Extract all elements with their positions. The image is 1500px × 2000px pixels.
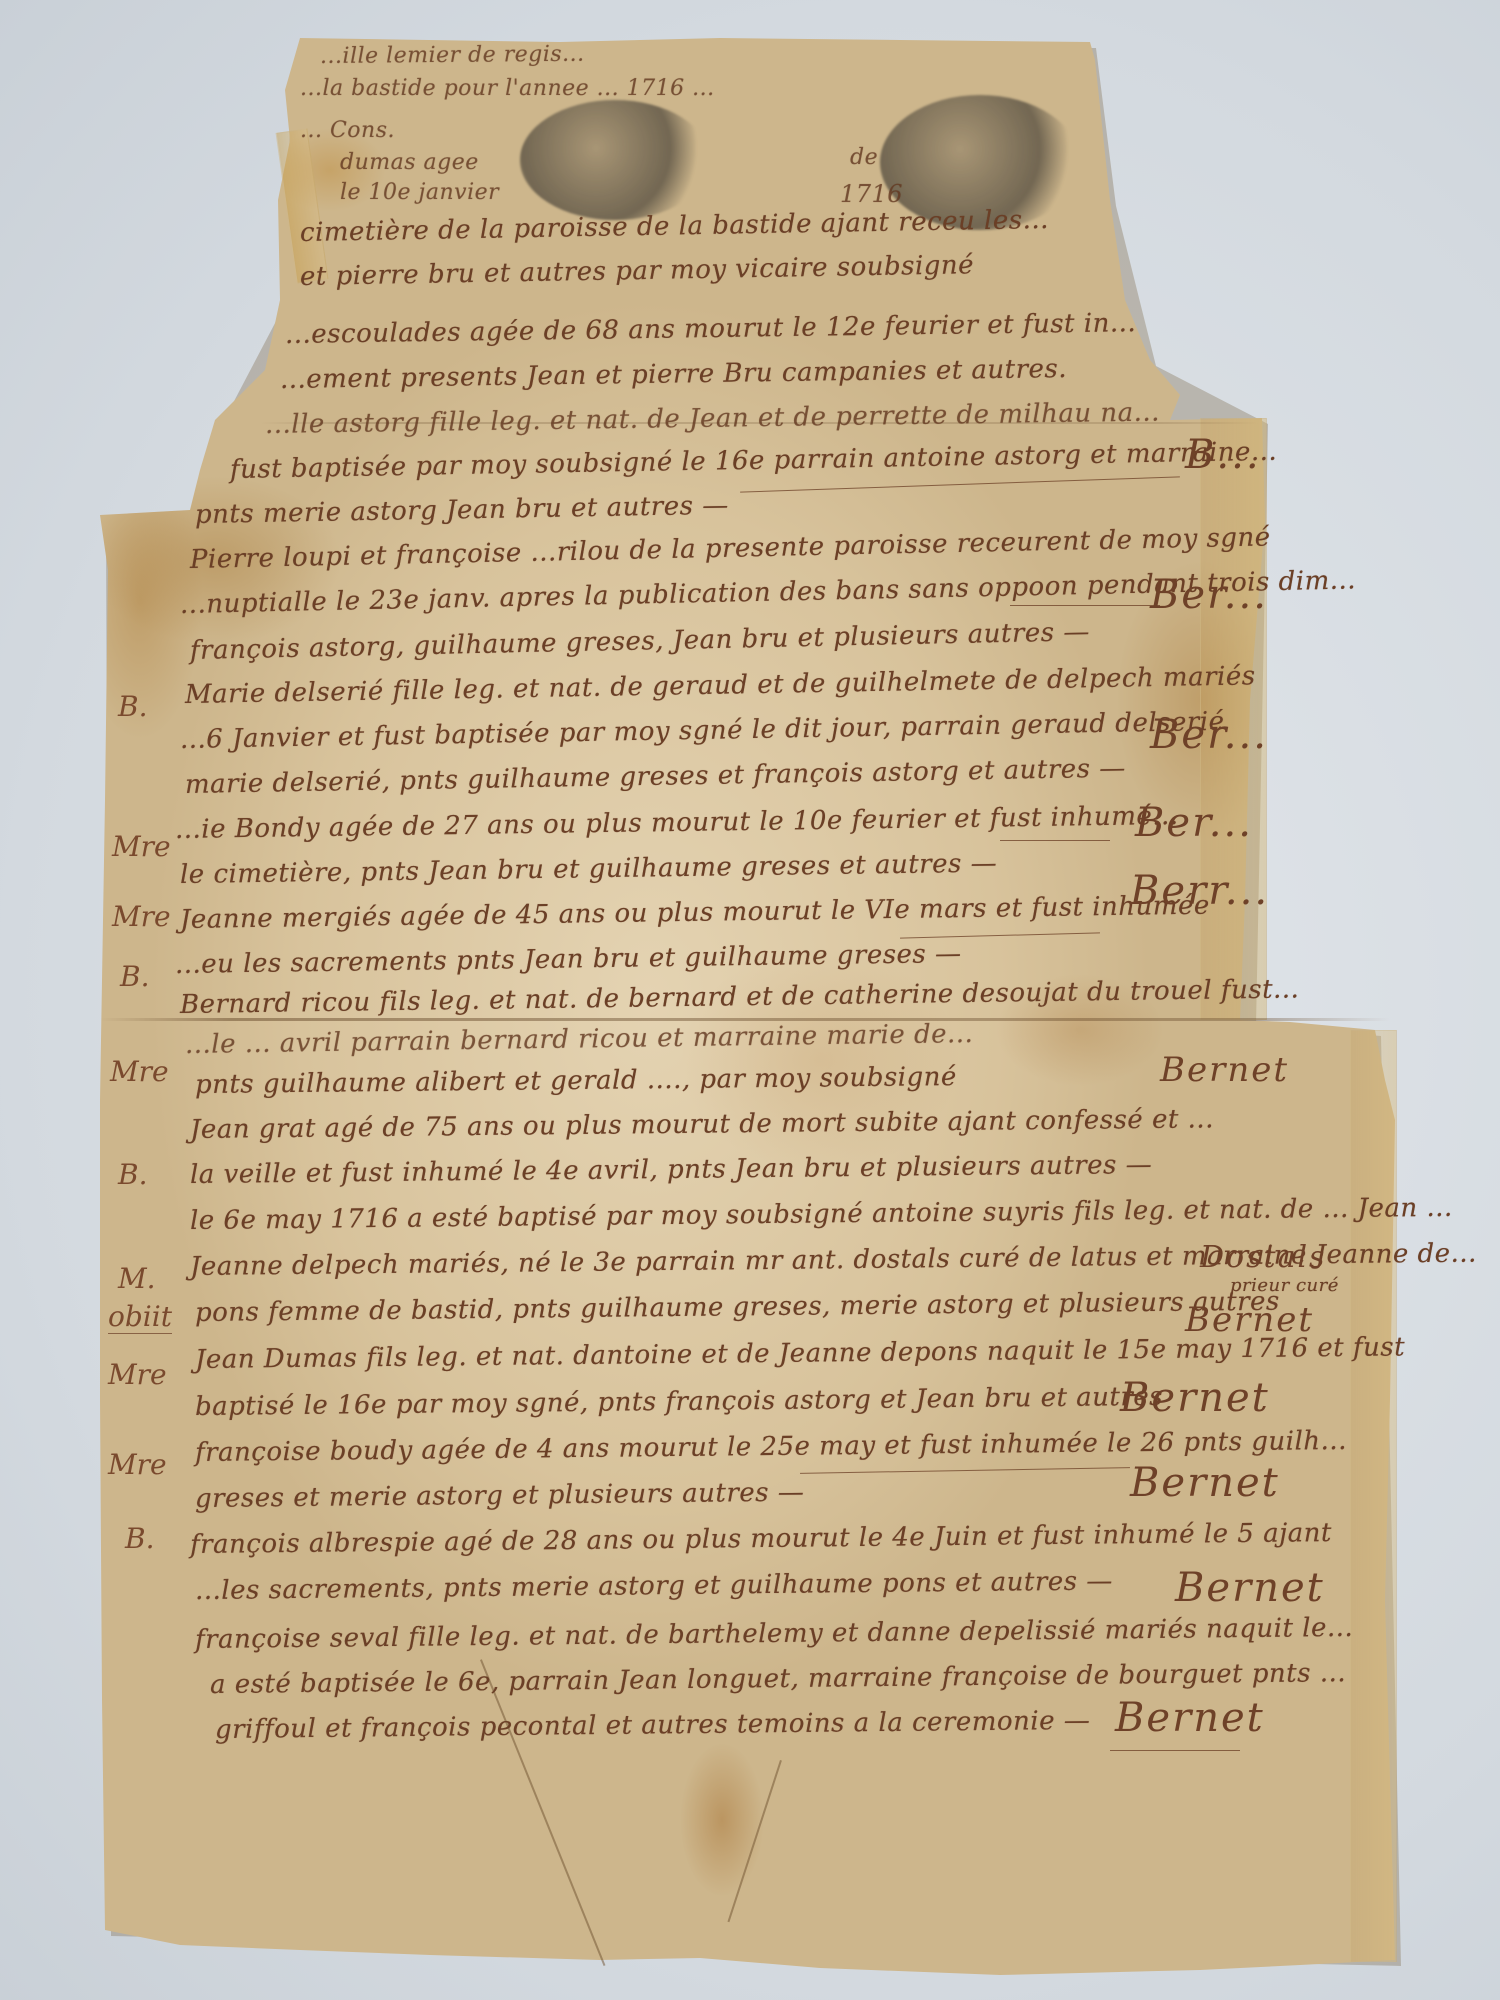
margin-note-baptism: B. xyxy=(125,1522,154,1555)
margin-note-marriage: Mre xyxy=(110,1055,169,1088)
signature-cure: Dostals xyxy=(1200,1240,1326,1275)
entry-line: marie delserié, pnts guilhaume greses et… xyxy=(185,754,1126,800)
entry-line: Pierre loupi et françoise ...rilou de la… xyxy=(190,522,1271,575)
signature-bernet: Ber... xyxy=(1135,800,1253,846)
signature-bernet: Bernet xyxy=(1120,1375,1270,1421)
seal-note: de xyxy=(850,145,878,170)
signature-bernet: Ber... xyxy=(1150,572,1268,618)
entry-line: pons femme de bastid, pnts guilhaume gre… xyxy=(195,1287,1280,1328)
entry-separator xyxy=(800,1467,1130,1474)
entry-line: cimetière de la paroisse de la bastide a… xyxy=(300,205,1049,248)
entry-line: pnts guilhaume alibert et gerald ...., p… xyxy=(195,1062,957,1100)
entry-line: le 6e may 1716 a esté baptisé par moy so… xyxy=(190,1193,1453,1236)
signature-bernet: B... xyxy=(1185,432,1261,478)
margin-note-baptism: B. xyxy=(118,1158,147,1191)
signature-bernet: Ber... xyxy=(1150,712,1268,758)
entry-line: ...eu les sacrements pnts Jean bru et gu… xyxy=(175,939,962,980)
signature-underline xyxy=(1110,1750,1240,1751)
margin-note-marriage: Mre xyxy=(108,1448,167,1481)
header-line: le 10e janvier xyxy=(340,180,499,205)
entry-line: françois astorg, guilhaume greses, Jean … xyxy=(190,617,1090,666)
entry-line: ...ement presents Jean et pierre Bru cam… xyxy=(280,354,1067,395)
entry-line: pnts merie astorg Jean bru et autres — xyxy=(195,491,729,530)
signature-bernet: Bernet xyxy=(1130,1460,1280,1506)
header-line: ... Cons. xyxy=(300,118,395,143)
entry-line: Jeanne mergiés agée de 45 ans ou plus mo… xyxy=(180,891,1210,935)
entry-line: griffoul et françois pecontal et autres … xyxy=(215,1706,1091,1745)
entry-line: ...escoulades agée de 68 ans mourut le 1… xyxy=(285,308,1137,350)
header-line: dumas agee xyxy=(340,150,479,175)
entry-line: ...6 Janvier et fust baptisée par moy sg… xyxy=(180,707,1225,755)
entry-separator xyxy=(1000,840,1110,841)
signature-bernet: Bernet xyxy=(1175,1565,1325,1611)
signature-bernet: Bernet xyxy=(1185,1300,1314,1340)
entry-separator xyxy=(900,932,1100,938)
margin-note-marriage: Mre xyxy=(108,1358,167,1391)
photo-stage: ...ille lemier de regis... ...la bastide… xyxy=(0,0,1500,2000)
entry-line: a esté baptisée le 6e, parrain Jean long… xyxy=(210,1658,1346,1700)
entry-line: et pierre bru et autres par moy vicaire … xyxy=(300,250,975,292)
margin-note-m: M. xyxy=(118,1262,156,1295)
entry-line: ...les sacrements, pnts merie astorg et … xyxy=(195,1566,1113,1606)
header-line: ...la bastide pour l'annee ... 1716 ... xyxy=(300,76,715,101)
header-line: ...ille lemier de regis... xyxy=(320,42,585,69)
margin-note-baptism: B. xyxy=(118,690,147,723)
signature-cure-title: prieur curé xyxy=(1230,1275,1339,1296)
entry-line: le cimetière, pnts Jean bru et guilhaume… xyxy=(180,849,997,890)
entry-line: françoise seval fille leg. et nat. de ba… xyxy=(195,1613,1354,1655)
margin-note-baptism: B. xyxy=(120,960,149,993)
entry-line: ...ie Bondy agée de 27 ans ou plus mouru… xyxy=(175,801,1179,845)
entry-line: Bernard ricou fils leg. et nat. de berna… xyxy=(180,974,1300,1020)
entry-line: Marie delserié fille leg. et nat. de ger… xyxy=(185,661,1256,710)
margin-note-marriage: Mre xyxy=(112,830,171,863)
handwritten-text: ...ille lemier de regis... ...la bastide… xyxy=(0,0,1500,2000)
entry-line: Jean grat agé de 75 ans ou plus mourut d… xyxy=(190,1104,1214,1145)
header-year: 1716 xyxy=(840,180,903,208)
entry-line: ...le ... avril parrain bernard ricou et… xyxy=(185,1019,974,1060)
entry-line: ...lle astorg fille leg. et nat. de Jean… xyxy=(265,398,1160,440)
signature-bernet: Berr... xyxy=(1130,868,1269,914)
entry-line: françois albrespie agé de 28 ans ou plus… xyxy=(190,1518,1332,1560)
signature-bernet: Bernet xyxy=(1160,1050,1289,1090)
signature-bernet: Bernet xyxy=(1115,1695,1265,1741)
margin-note-obiit: obiit xyxy=(108,1300,172,1334)
entry-separator xyxy=(740,476,1180,492)
entry-separator xyxy=(1010,605,1160,606)
margin-note-marriage: Mre xyxy=(112,900,171,933)
entry-line: la veille et fust inhumé le 4e avril, pn… xyxy=(190,1150,1152,1190)
entry-line: greses et merie astorg et plusieurs autr… xyxy=(195,1478,805,1514)
entry-line: baptisé le 16e par moy sgné, pnts franço… xyxy=(195,1382,1163,1422)
